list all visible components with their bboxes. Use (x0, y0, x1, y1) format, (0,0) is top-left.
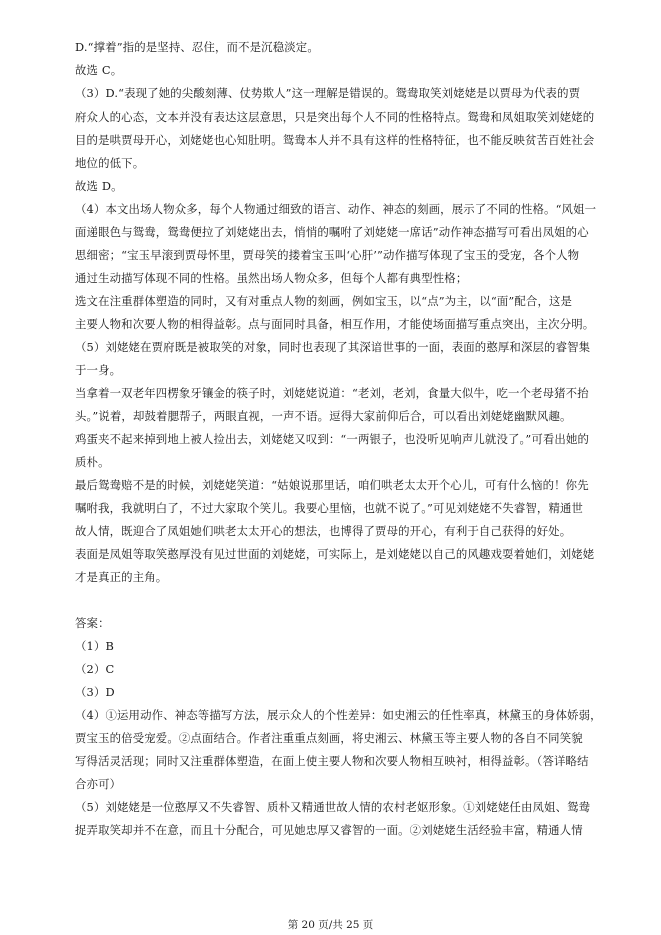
text-line: 选文在注重群体塑造的同时，又有对重点人物的刻画，例如宝玉，以“点”为主，以“面”… (75, 294, 572, 308)
text-line: 于一身。 (75, 363, 121, 377)
text-line: 头。”说着，却鼓着腮帮子，两眼直视，一声不语。逗得大家前仰后合，可以看出刘姥姥幽… (75, 409, 572, 423)
text-line: 合亦可） (75, 777, 121, 791)
text-line: 思细密；“宝玉早滚到贾母怀里，贾母笑的搂着宝玉叫‘心肝’”动作描写体现了宝玉的受… (75, 248, 579, 262)
text-line: （2）C (75, 662, 114, 676)
text-line: 当拿着一双老年四楞象牙镶金的筷子时，刘姥姥说道：“老刘，老刘，食量大似牛，吃一个… (75, 386, 589, 400)
text-line: 质朴。 (75, 455, 110, 469)
text-line: 府众人的心态，文本并没有表达这层意思，只是突出每个人不同的性格特点。鸳鸯和凤姐取… (75, 110, 594, 124)
text-line: 通过生动描写体现不同的性格。虽然出场人物众多，但每个人都有典型性格； (75, 271, 467, 285)
text-line: 才是真正的主角。 (75, 570, 167, 584)
text-line: 写得活灵活现；同时又注重群体塑造，在面上使主要人物和次要人物相互映衬，相得益彰。… (75, 754, 589, 768)
page-footer: 第 20 页/共 25 页 (0, 917, 661, 932)
text-line: 嘱咐我，我就明白了，不过大家取个笑儿。我要心里恼，也就不说了。”可见刘姥姥不失睿… (75, 501, 583, 515)
text-line: （5）刘姥姥是一位憨厚又不失睿智、质朴又精通世故人情的农村老妪形象。①刘姥姥任由… (75, 800, 590, 814)
text-line: 主要人物和次要人物的相得益彰。点与面同时具备，相互作用，才能使场面描写重点突出，… (75, 317, 594, 331)
text-line: 贾宝玉的倍受宠爱。②点面结合。作者注重重点刻画，将史湘云、林黛玉等主要人物的各自… (75, 731, 583, 745)
text-line: 面递眼色与鸳鸯，鸳鸯便拉了刘姥姥出去，悄悄的嘱咐了刘姥姥一席话”动作神态描写可看… (75, 225, 589, 239)
text-line: 故选 C。 (75, 63, 122, 77)
text-line: （4）本文出场人物众多，每个人物通过细致的语言、动作、神态的刻画，展示了不同的性… (75, 202, 596, 216)
text-line: 地位的低下。 (75, 156, 144, 170)
text-line: 答案： (75, 616, 110, 630)
text-line: 鸡蛋夹不起来掉到地上被人捡出去，刘姥姥又叹到：“一两银子，也没听见响声儿就没了。… (75, 432, 589, 446)
text-line: 故选 D。 (75, 179, 123, 193)
text-line: （1）B (75, 639, 114, 653)
text-line: 目的是哄贾母开心，刘姥姥也心知肚明。鸳鸯本人并不具有这样的性格特征，也不能反映贫… (75, 133, 594, 147)
text-line: （5）刘姥姥在贾府既是被取笑的对象，同时也表现了其深谙世事的一面，表面的憨厚和深… (75, 340, 590, 354)
text-line: 故人情，既迎合了凤姐她们哄老太太开心的想法，也博得了贾母的开心，有利于自己获得的… (75, 524, 571, 538)
text-line: D.“撑着”指的是坚持、忍住，而不是沉稳淡定。 (75, 40, 319, 54)
text-line: （3）D.“表现了她的尖酸刻薄、仗势欺人”这一理解是错误的。鸳鸯取笑刘姥姥是以贾… (75, 86, 580, 100)
text-line: （3）D (75, 685, 115, 699)
text-line: 捉弄取笑却并不在意，而且十分配合，可见她忠厚又睿智的一面。②刘姥姥生活经验丰富，… (75, 823, 583, 837)
document-page: D.“撑着”指的是坚持、忍住，而不是沉稳淡定。故选 C。（3）D.“表现了她的尖… (0, 0, 661, 935)
text-line: 表面是凤姐等取笑憨厚没有见过世面的刘姥姥，可实际上，是刘姥姥以自己的风趣戏耍着她… (75, 547, 594, 561)
text-line: （4）①运用动作、神态等描写方法，展示众人的个性差异：如史湘云的任性率真，林黛玉… (75, 708, 602, 722)
text-line: 最后鸳鸯赔不是的时候，刘姥姥笑道：“姑娘说那里话，咱们哄老太太开个心儿，可有什么… (75, 478, 589, 492)
